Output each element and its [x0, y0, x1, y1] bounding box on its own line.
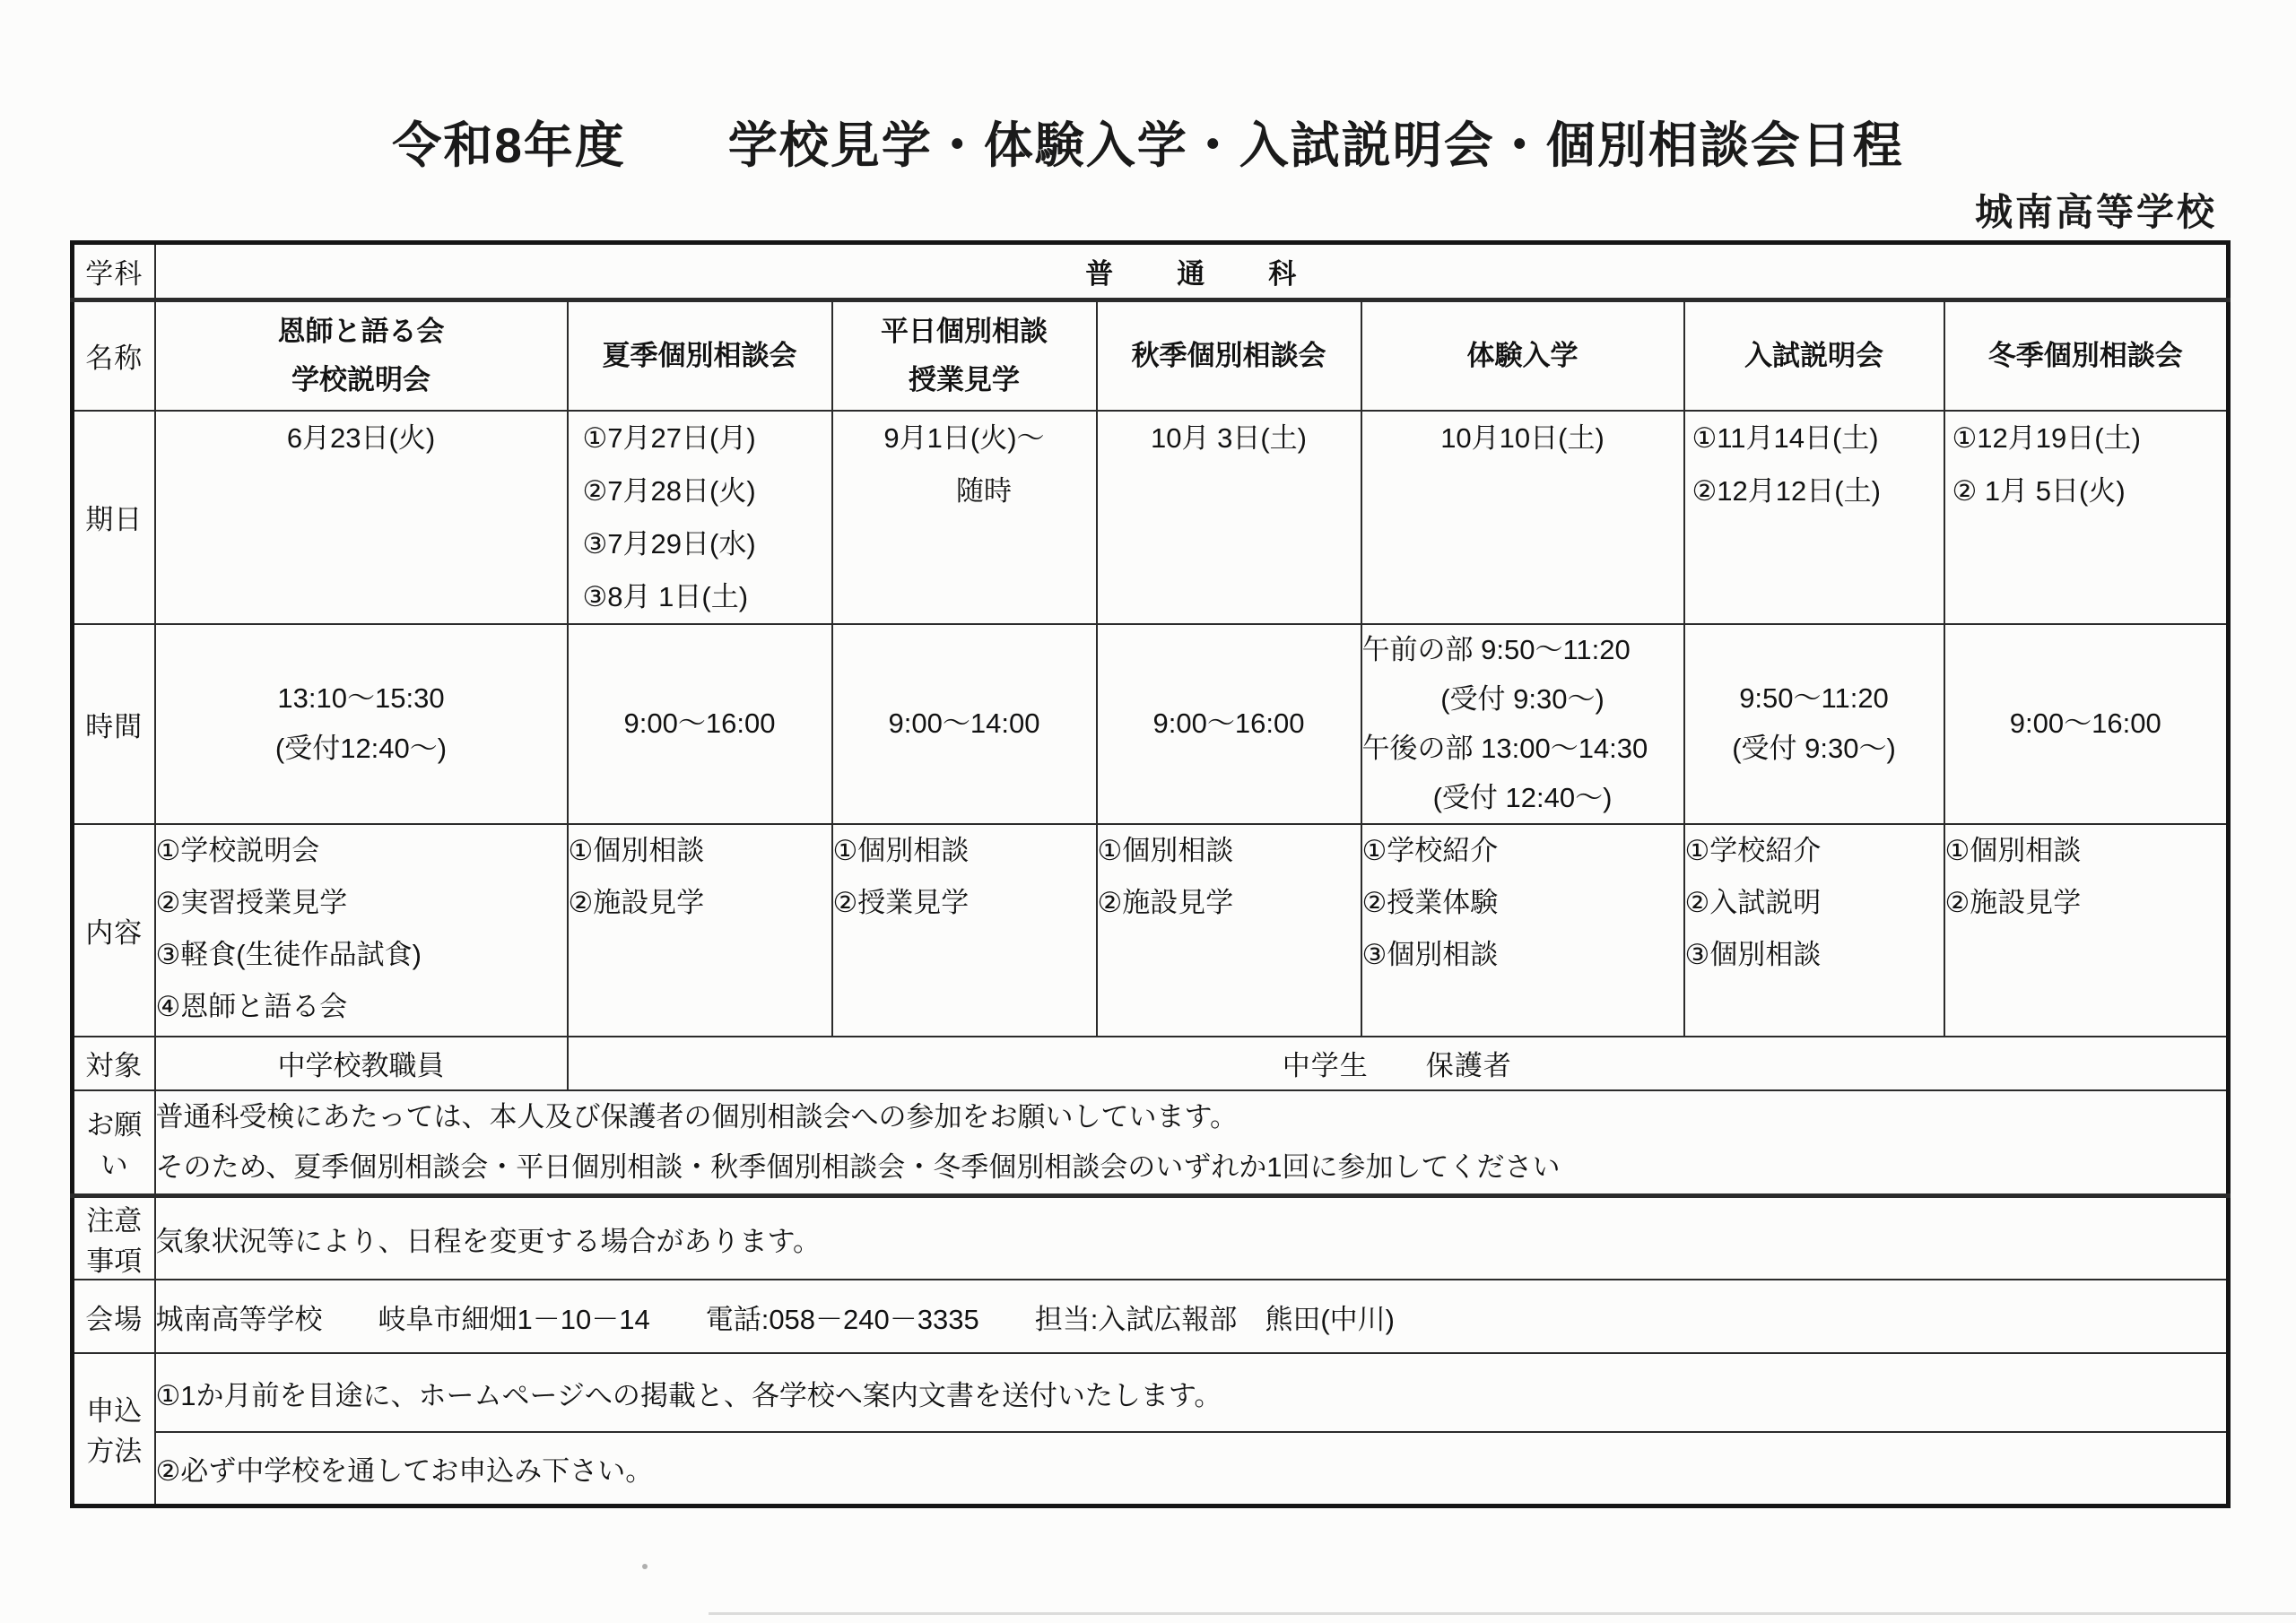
program-date-cell: 10月10日(土)	[1361, 411, 1684, 624]
schedule-table: 学科 普 通 科 名称 恩師と語る会学校説明会 夏季個別相談会 平日個別相談授業…	[70, 240, 2231, 1508]
program-content-cell: ①学校説明会②実習授業見学③軽食(生徒作品試食)④恩師と語る会	[155, 824, 568, 1037]
program-content-cell: ①個別相談②施設見学	[1097, 824, 1361, 1037]
row-dates: 期日 6月23日(火) ①7月27日(月)②7月28日(火)③7月29日(水)③…	[73, 411, 2229, 624]
program-content-cell: ①学校紹介②入試説明③個別相談	[1684, 824, 1944, 1037]
target-students-cell: 中学生 保護者	[568, 1037, 2229, 1090]
row-label-application: 申込方法	[73, 1353, 155, 1506]
program-name-cell: 夏季個別相談会	[568, 300, 832, 411]
venue-cell: 城南高等学校 岐阜市細畑1－10－14 電話:058－240－3335 担当:入…	[155, 1280, 2229, 1353]
program-content-cell: ①個別相談②授業見学	[832, 824, 1097, 1037]
row-label-request: お願い	[73, 1090, 155, 1196]
program-date-cell: ①7月27日(月)②7月28日(火)③7月29日(水)③8月 1日(土)	[568, 411, 832, 624]
program-content-cell: ①個別相談②施設見学	[1944, 824, 2229, 1037]
scanned-document-page: 令和8年度 学校見学・体験入学・入試説明会・個別相談会日程 城南高等学校 学科 …	[0, 0, 2296, 1623]
row-label-notes: 注意事項	[73, 1196, 155, 1280]
row-department: 学科 普 通 科	[73, 243, 2229, 300]
scan-dot-artifact	[642, 1564, 648, 1569]
department-value: 普 通 科	[155, 243, 2229, 300]
row-venue: 会場 城南高等学校 岐阜市細畑1－10－14 電話:058－240－3335 担…	[73, 1280, 2229, 1353]
application-step-cell: ①1か月前を目途に、ホームページへの掲載と、各学校へ案内文書を送付いたします。	[155, 1353, 2229, 1432]
program-name-cell: 体験入学	[1361, 300, 1684, 411]
scan-edge-artifact	[709, 1612, 2296, 1615]
program-date-cell: 6月23日(火)	[155, 411, 568, 624]
row-label-venue: 会場	[73, 1280, 155, 1353]
program-date-cell: ①12月19日(土)② 1月 5日(火)	[1944, 411, 2229, 624]
application-step-cell: ②必ず中学校を通してお申込み下さい。	[155, 1432, 2229, 1506]
program-name-cell: 入試説明会	[1684, 300, 1944, 411]
row-target: 対象 中学校教職員 中学生 保護者	[73, 1037, 2229, 1090]
program-date-cell: 10月 3日(土)	[1097, 411, 1361, 624]
program-time-cell: 9:00〜16:00	[1097, 624, 1361, 824]
school-name: 城南高等学校	[1975, 183, 2217, 237]
program-time-cell: 9:50〜11:20(受付 9:30〜)	[1684, 624, 1944, 824]
program-content-cell: ①学校紹介②授業体験③個別相談	[1361, 824, 1684, 1037]
program-time-cell: 9:00〜14:00	[832, 624, 1097, 824]
program-name-cell: 秋季個別相談会	[1097, 300, 1361, 411]
row-label-name: 名称	[73, 300, 155, 411]
row-times: 時間 13:10〜15:30(受付12:40〜) 9:00〜16:00 9:00…	[73, 624, 2229, 824]
row-label-date: 期日	[73, 411, 155, 624]
program-time-cell: 13:10〜15:30(受付12:40〜)	[155, 624, 568, 824]
request-cell: 普通科受検にあたっては、本人及び保護者の個別相談会への参加をお願いしています。そ…	[155, 1090, 2229, 1196]
program-time-cell: 9:00〜16:00	[568, 624, 832, 824]
row-label-time: 時間	[73, 624, 155, 824]
notes-cell: 気象状況等により、日程を変更する場合があります。	[155, 1196, 2229, 1280]
row-request: お願い 普通科受検にあたっては、本人及び保護者の個別相談会への参加をお願いしてい…	[73, 1090, 2229, 1196]
program-date-cell: 9月1日(火)〜随時	[832, 411, 1097, 624]
row-application-2: ②必ず中学校を通してお申込み下さい。	[73, 1432, 2229, 1506]
program-time-cell: 9:00〜16:00	[1944, 624, 2229, 824]
program-date-cell: ①11月14日(土)②12月12日(土)	[1684, 411, 1944, 624]
program-name-cell: 平日個別相談授業見学	[832, 300, 1097, 411]
row-label-department: 学科	[73, 243, 155, 300]
program-time-cell: 午前の部 9:50〜11:20(受付 9:30〜)午後の部 13:00〜14:3…	[1361, 624, 1684, 824]
row-notes: 注意事項 気象状況等により、日程を変更する場合があります。	[73, 1196, 2229, 1280]
target-teachers-cell: 中学校教職員	[155, 1037, 568, 1090]
row-contents: 内容 ①学校説明会②実習授業見学③軽食(生徒作品試食)④恩師と語る会 ①個別相談…	[73, 824, 2229, 1037]
row-label-content: 内容	[73, 824, 155, 1037]
program-name-cell: 冬季個別相談会	[1944, 300, 2229, 411]
program-content-cell: ①個別相談②施設見学	[568, 824, 832, 1037]
row-label-target: 対象	[73, 1037, 155, 1090]
page-title: 令和8年度 学校見学・体験入学・入試説明会・個別相談会日程	[0, 106, 2296, 177]
row-application-1: 申込方法 ①1か月前を目途に、ホームページへの掲載と、各学校へ案内文書を送付いた…	[73, 1353, 2229, 1432]
row-names: 名称 恩師と語る会学校説明会 夏季個別相談会 平日個別相談授業見学 秋季個別相談…	[73, 300, 2229, 411]
program-name-cell: 恩師と語る会学校説明会	[155, 300, 568, 411]
